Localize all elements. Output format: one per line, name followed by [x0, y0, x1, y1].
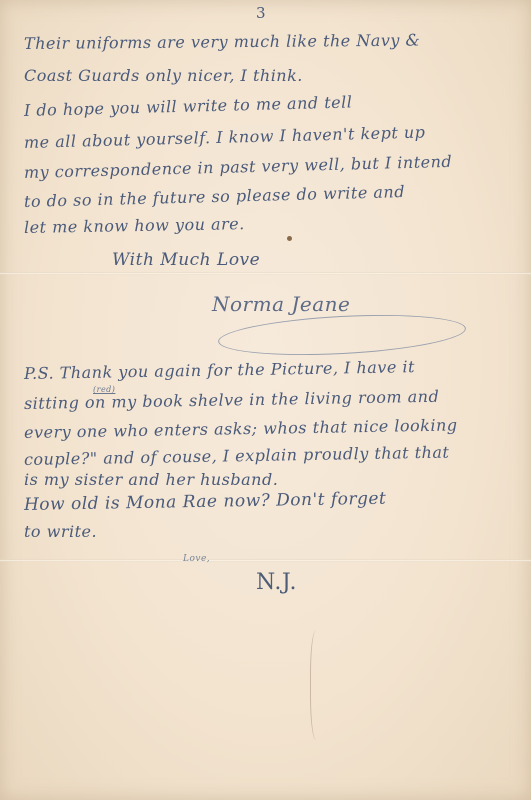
signature: Norma Jeane: [212, 292, 350, 316]
body-line: I do hope you will write to me and tell: [24, 92, 353, 120]
ink-spot: [287, 236, 292, 241]
postscript-closing: Love,: [183, 554, 210, 564]
fold-line-lower: [0, 559, 531, 562]
postscript-line: How old is Mona Rae now? Don't forget: [24, 489, 387, 515]
body-line: Coast Guards only nicer, I think.: [24, 66, 303, 85]
postscript-line: couple?" and of couse, I explain proudly…: [24, 443, 450, 469]
closing: With Much Love: [112, 250, 260, 270]
postscript-line: to write.: [24, 522, 97, 541]
body-line: my correspondence in past very well, but…: [24, 152, 453, 182]
fold-line-upper: [0, 272, 531, 275]
postscript-line: every one who enters asks; whos that nic…: [24, 415, 458, 442]
postscript-line: sitting on my book shelve in the living …: [24, 387, 440, 413]
page-number: 3: [256, 4, 266, 22]
initials-signature: N.J.: [256, 570, 297, 595]
postscript-line: is my sister and her husband.: [24, 470, 278, 489]
letter-page: 3 Their uniforms are very much like the …: [0, 0, 531, 800]
body-line: let me know how you are.: [24, 214, 245, 237]
postscript-line: P.S. Thank you again for the Picture, I …: [24, 357, 415, 383]
signature-flourish: [217, 310, 467, 361]
stray-pencil-mark: [310, 630, 325, 740]
body-line: to do so in the future so please do writ…: [24, 182, 405, 211]
body-line: me all about yourself. I know I haven't …: [24, 122, 426, 152]
body-line: Their uniforms are very much like the Na…: [24, 31, 420, 53]
